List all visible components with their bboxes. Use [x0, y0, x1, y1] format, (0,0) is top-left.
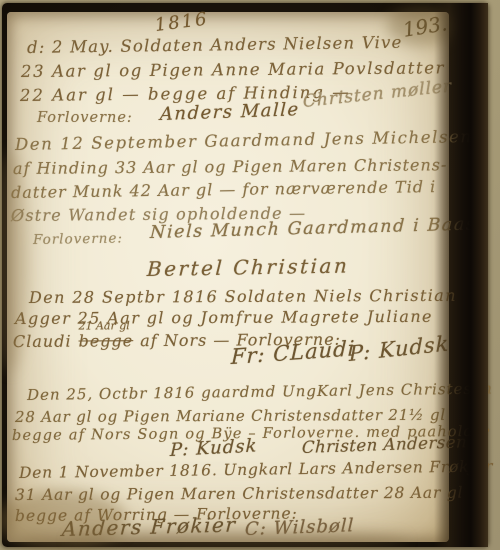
- entry3-correction: 21 Aar glbegge: [78, 331, 133, 350]
- entry3-age-insertion: 21 Aar gl: [78, 319, 129, 332]
- entry2-line1: Den 12 September Gaardmand Jens Michelse…: [15, 127, 473, 154]
- entry1-forlovere-label: Forloverne:: [37, 110, 133, 126]
- photo-frame: 1816 193. d: 2 May. Soldaten Anders Niel…: [2, 3, 488, 547]
- entry5-line1: Den 1 November 1816. Ungkarl Lars Anders…: [19, 457, 493, 482]
- scanned-register-photo: 1816 193. d: 2 May. Soldaten Anders Niel…: [0, 0, 500, 550]
- entry1-signature-christen-moller: Christen møller: [303, 76, 453, 112]
- entry4-line2: 28 Aar gl og Pigen Mariane Christensdatt…: [15, 406, 446, 426]
- book-binding-shadow: [434, 3, 488, 547]
- entry1-signature-anders-malle: Anders Malle: [160, 99, 300, 125]
- paper-stain-bottom-edge: [67, 530, 407, 550]
- entry1-line3: 22 Aar gl — begge af Hinding —: [20, 83, 351, 105]
- entry3-line1: Den 28 Septbr 1816 Soldaten Niels Christ…: [29, 286, 457, 307]
- entry2-line3: datter Munk 42 Aar gl — for nærværende T…: [11, 177, 436, 202]
- entry3-struck-word: begge: [78, 331, 133, 350]
- entry1-line2: 23 Aar gl og Pigen Anne Maria Povlsdatte…: [21, 58, 445, 81]
- register-page: 1816 193. d: 2 May. Soldaten Anders Niel…: [7, 12, 449, 542]
- entry4-line1: Den 25, Octbr 1816 gaardmd UngKarl Jens …: [27, 379, 493, 404]
- entry2-forlovere-label: Forloverne:: [33, 230, 123, 248]
- entry4-signature-p-kudsk: P: Kudsk: [170, 435, 258, 461]
- year-heading: 1816: [154, 9, 210, 36]
- entry2-signature-bertel-christian: Bertel Christian: [146, 253, 350, 281]
- entry2-line2: af Hinding 33 Aar gl og Pigen Maren Chri…: [13, 155, 448, 178]
- entry1-line1: d: 2 May. Soldaten Anders Nielsen Vive: [27, 33, 403, 57]
